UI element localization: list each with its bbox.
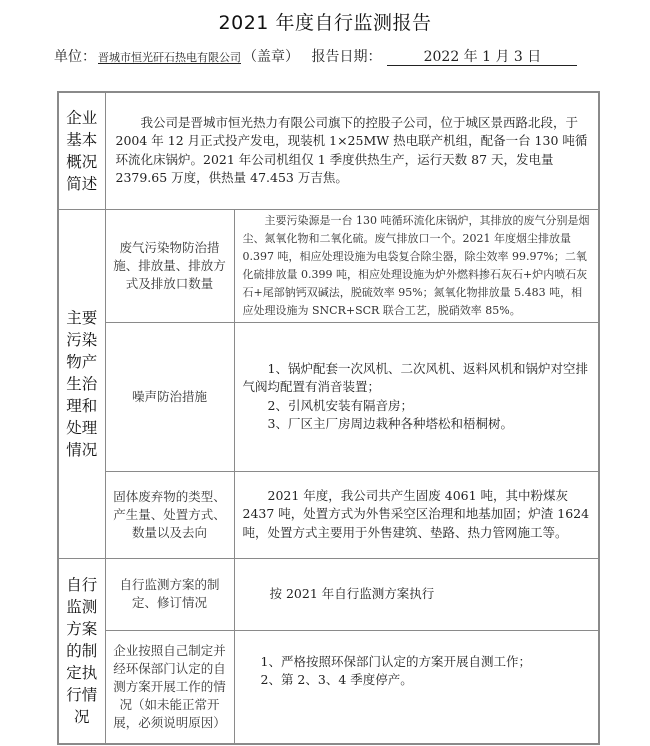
pollution-category: 主要污染物产生治理和处理情况 bbox=[58, 209, 105, 558]
exhaust-content: 主要污染源是一台 130 吨循环流化床锅炉，其排放的废气分别是烟尘、氮氧化物和二… bbox=[234, 209, 599, 322]
report-date-label: 报告日期： bbox=[311, 49, 381, 65]
report-meta-line: 单位：晋城市恒光矸石热电有限公司（盖章） 报告日期：2022 年 1 月 3 日 bbox=[54, 46, 614, 66]
report-date-value: 2022 年 1 月 3 日 bbox=[387, 50, 577, 66]
noise-item-1: 1、锅炉配套一次风机、二次风机、返料风机和锅炉对空排气阀均配置有消音装置； bbox=[243, 360, 591, 397]
plan-revision-text: 按 2021 年自行监测方案执行 bbox=[270, 585, 591, 604]
exhaust-label: 废气污染物防治措施、排放量、排放方式及排放口数量 bbox=[105, 209, 234, 322]
plan-execution-item-1: 1、严格按照环保部门认定的方案开展自测工作； bbox=[261, 653, 591, 672]
overview-row: 企业基本概况简述 我公司是晋城市恒光热力有限公司旗下的控股子公司，位于城区景西路… bbox=[58, 92, 599, 209]
overview-category: 企业基本概况简述 bbox=[58, 92, 105, 209]
noise-label: 噪声防治措施 bbox=[105, 322, 234, 471]
solid-waste-row: 固体废弃物的类型、产生量、处置方式、数量以及去向 2021 年度，我公司共产生固… bbox=[58, 471, 599, 558]
unit-label: 单位： bbox=[54, 49, 96, 65]
noise-item-3: 3、厂区主厂房周边栽种各种塔松和梧桐树。 bbox=[243, 415, 591, 434]
seal-label: （盖章） bbox=[243, 49, 299, 65]
plan-revision-content: 按 2021 年自行监测方案执行 bbox=[234, 558, 599, 630]
exhaust-text: 主要污染源是一台 130 吨循环流化床锅炉，其排放的废气分别是烟尘、氮氧化物和二… bbox=[243, 212, 591, 320]
noise-content: 1、锅炉配套一次风机、二次风机、返料风机和锅炉对空排气阀均配置有消音装置； 2、… bbox=[234, 322, 599, 471]
solid-waste-label: 固体废弃物的类型、产生量、处置方式、数量以及去向 bbox=[105, 471, 234, 558]
report-table: 企业基本概况简述 我公司是晋城市恒光热力有限公司旗下的控股子公司，位于城区景西路… bbox=[57, 91, 600, 745]
report-title: 2021 年度自行监测报告 bbox=[0, 8, 650, 35]
plan-execution-label: 企业按照自己制定并经环保部门认定的自测方案开展工作的情况（如未能正常开展，必须说… bbox=[105, 630, 234, 744]
monitoring-category: 自行监测方案的制定执行情况 bbox=[58, 558, 105, 744]
solid-waste-content: 2021 年度，我公司共产生固废 4061 吨，其中粉煤灰 2437 吨，处置方… bbox=[234, 471, 599, 558]
plan-execution-row: 企业按照自己制定并经环保部门认定的自测方案开展工作的情况（如未能正常开展，必须说… bbox=[58, 630, 599, 744]
plan-execution-content: 1、严格按照环保部门认定的方案开展自测工作； 2、第 2、3、4 季度停产。 bbox=[234, 630, 599, 744]
solid-waste-text: 2021 年度，我公司共产生固废 4061 吨，其中粉煤灰 2437 吨，处置方… bbox=[243, 487, 591, 543]
noise-row: 噪声防治措施 1、锅炉配套一次风机、二次风机、返料风机和锅炉对空排气阀均配置有消… bbox=[58, 322, 599, 471]
unit-name: 晋城市恒光矸石热电有限公司 bbox=[98, 51, 241, 64]
plan-revision-label: 自行监测方案的制定、修订情况 bbox=[105, 558, 234, 630]
noise-item-2: 2、引风机安装有隔音房； bbox=[243, 397, 591, 416]
overview-content: 我公司是晋城市恒光热力有限公司旗下的控股子公司，位于城区景西路北段，于 2004… bbox=[105, 92, 599, 209]
plan-revision-row: 自行监测方案的制定执行情况 自行监测方案的制定、修订情况 按 2021 年自行监… bbox=[58, 558, 599, 630]
plan-execution-item-2: 2、第 2、3、4 季度停产。 bbox=[261, 671, 591, 690]
overview-text: 我公司是晋城市恒光热力有限公司旗下的控股子公司，位于城区景西路北段，于 2004… bbox=[116, 114, 591, 188]
exhaust-row: 主要污染物产生治理和处理情况 废气污染物防治措施、排放量、排放方式及排放口数量 … bbox=[58, 209, 599, 322]
